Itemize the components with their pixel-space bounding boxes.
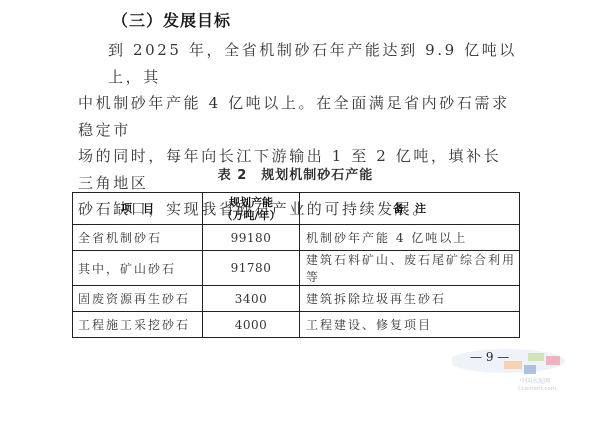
table-row: 全省机制砂石 99180 机制砂年产能 4 亿吨以上 — [73, 225, 520, 251]
header-capacity: 规划产能 （万吨/年） — [203, 193, 300, 225]
table-row: 固废资源再生砂石 3400 建筑拆除垃圾再生砂石 — [73, 286, 520, 312]
header-capacity-line2: （万吨/年） — [203, 209, 299, 222]
svg-text:Ccement.com: Ccement.com — [518, 386, 556, 392]
table-row: 工程施工采挖砂石 4000 工程建设、修复项目 — [73, 312, 520, 338]
cell-remarks: 工程建设、修复项目 — [300, 312, 520, 338]
cell-capacity: 3400 — [203, 286, 300, 312]
cell-remarks: 建筑拆除垃圾再生砂石 — [300, 286, 520, 312]
table-caption-number: 表 2 — [218, 168, 248, 183]
cell-item: 工程施工采挖砂石 — [73, 312, 203, 338]
table-row: 其中，矿山砂石 91780 建筑石料矿山、废石尾矿综合利用等 — [73, 251, 520, 286]
table-header-row: 项 目 规划产能 （万吨/年） 备 注 — [73, 193, 520, 225]
svg-text:中国水泥网: 中国水泥网 — [520, 377, 550, 385]
cell-item: 其中，矿山砂石 — [73, 251, 203, 286]
section-heading: （三）发展目标 — [112, 8, 231, 31]
cell-capacity: 91780 — [203, 251, 300, 286]
header-capacity-line1: 规划产能 — [203, 196, 299, 209]
paragraph-line: 到 2025 年，全省机制砂石年产能达到 9.9 亿吨以上，其 — [78, 37, 518, 90]
header-remarks: 备 注 — [300, 193, 520, 225]
page-number: — 9 — — [470, 350, 509, 364]
cell-item: 固废资源再生砂石 — [73, 286, 203, 312]
cell-item: 全省机制砂石 — [73, 225, 203, 251]
capacity-table: 项 目 规划产能 （万吨/年） 备 注 全省机制砂石 99180 机制砂年产能 … — [72, 192, 520, 338]
cell-remarks: 建筑石料矿山、废石尾矿综合利用等 — [300, 251, 520, 286]
header-item: 项 目 — [73, 193, 203, 225]
cell-remarks: 机制砂年产能 4 亿吨以上 — [300, 225, 520, 251]
table-caption-title: 规划机制砂石产能 — [261, 168, 373, 183]
paragraph-line: 中机制砂年产能 4 亿吨以上。在全面满足省内砂石需求稳定市 — [78, 90, 518, 143]
table-caption: 表 2规划机制砂石产能 — [0, 164, 591, 183]
cell-capacity: 99180 — [203, 225, 300, 251]
cell-capacity: 4000 — [203, 312, 300, 338]
